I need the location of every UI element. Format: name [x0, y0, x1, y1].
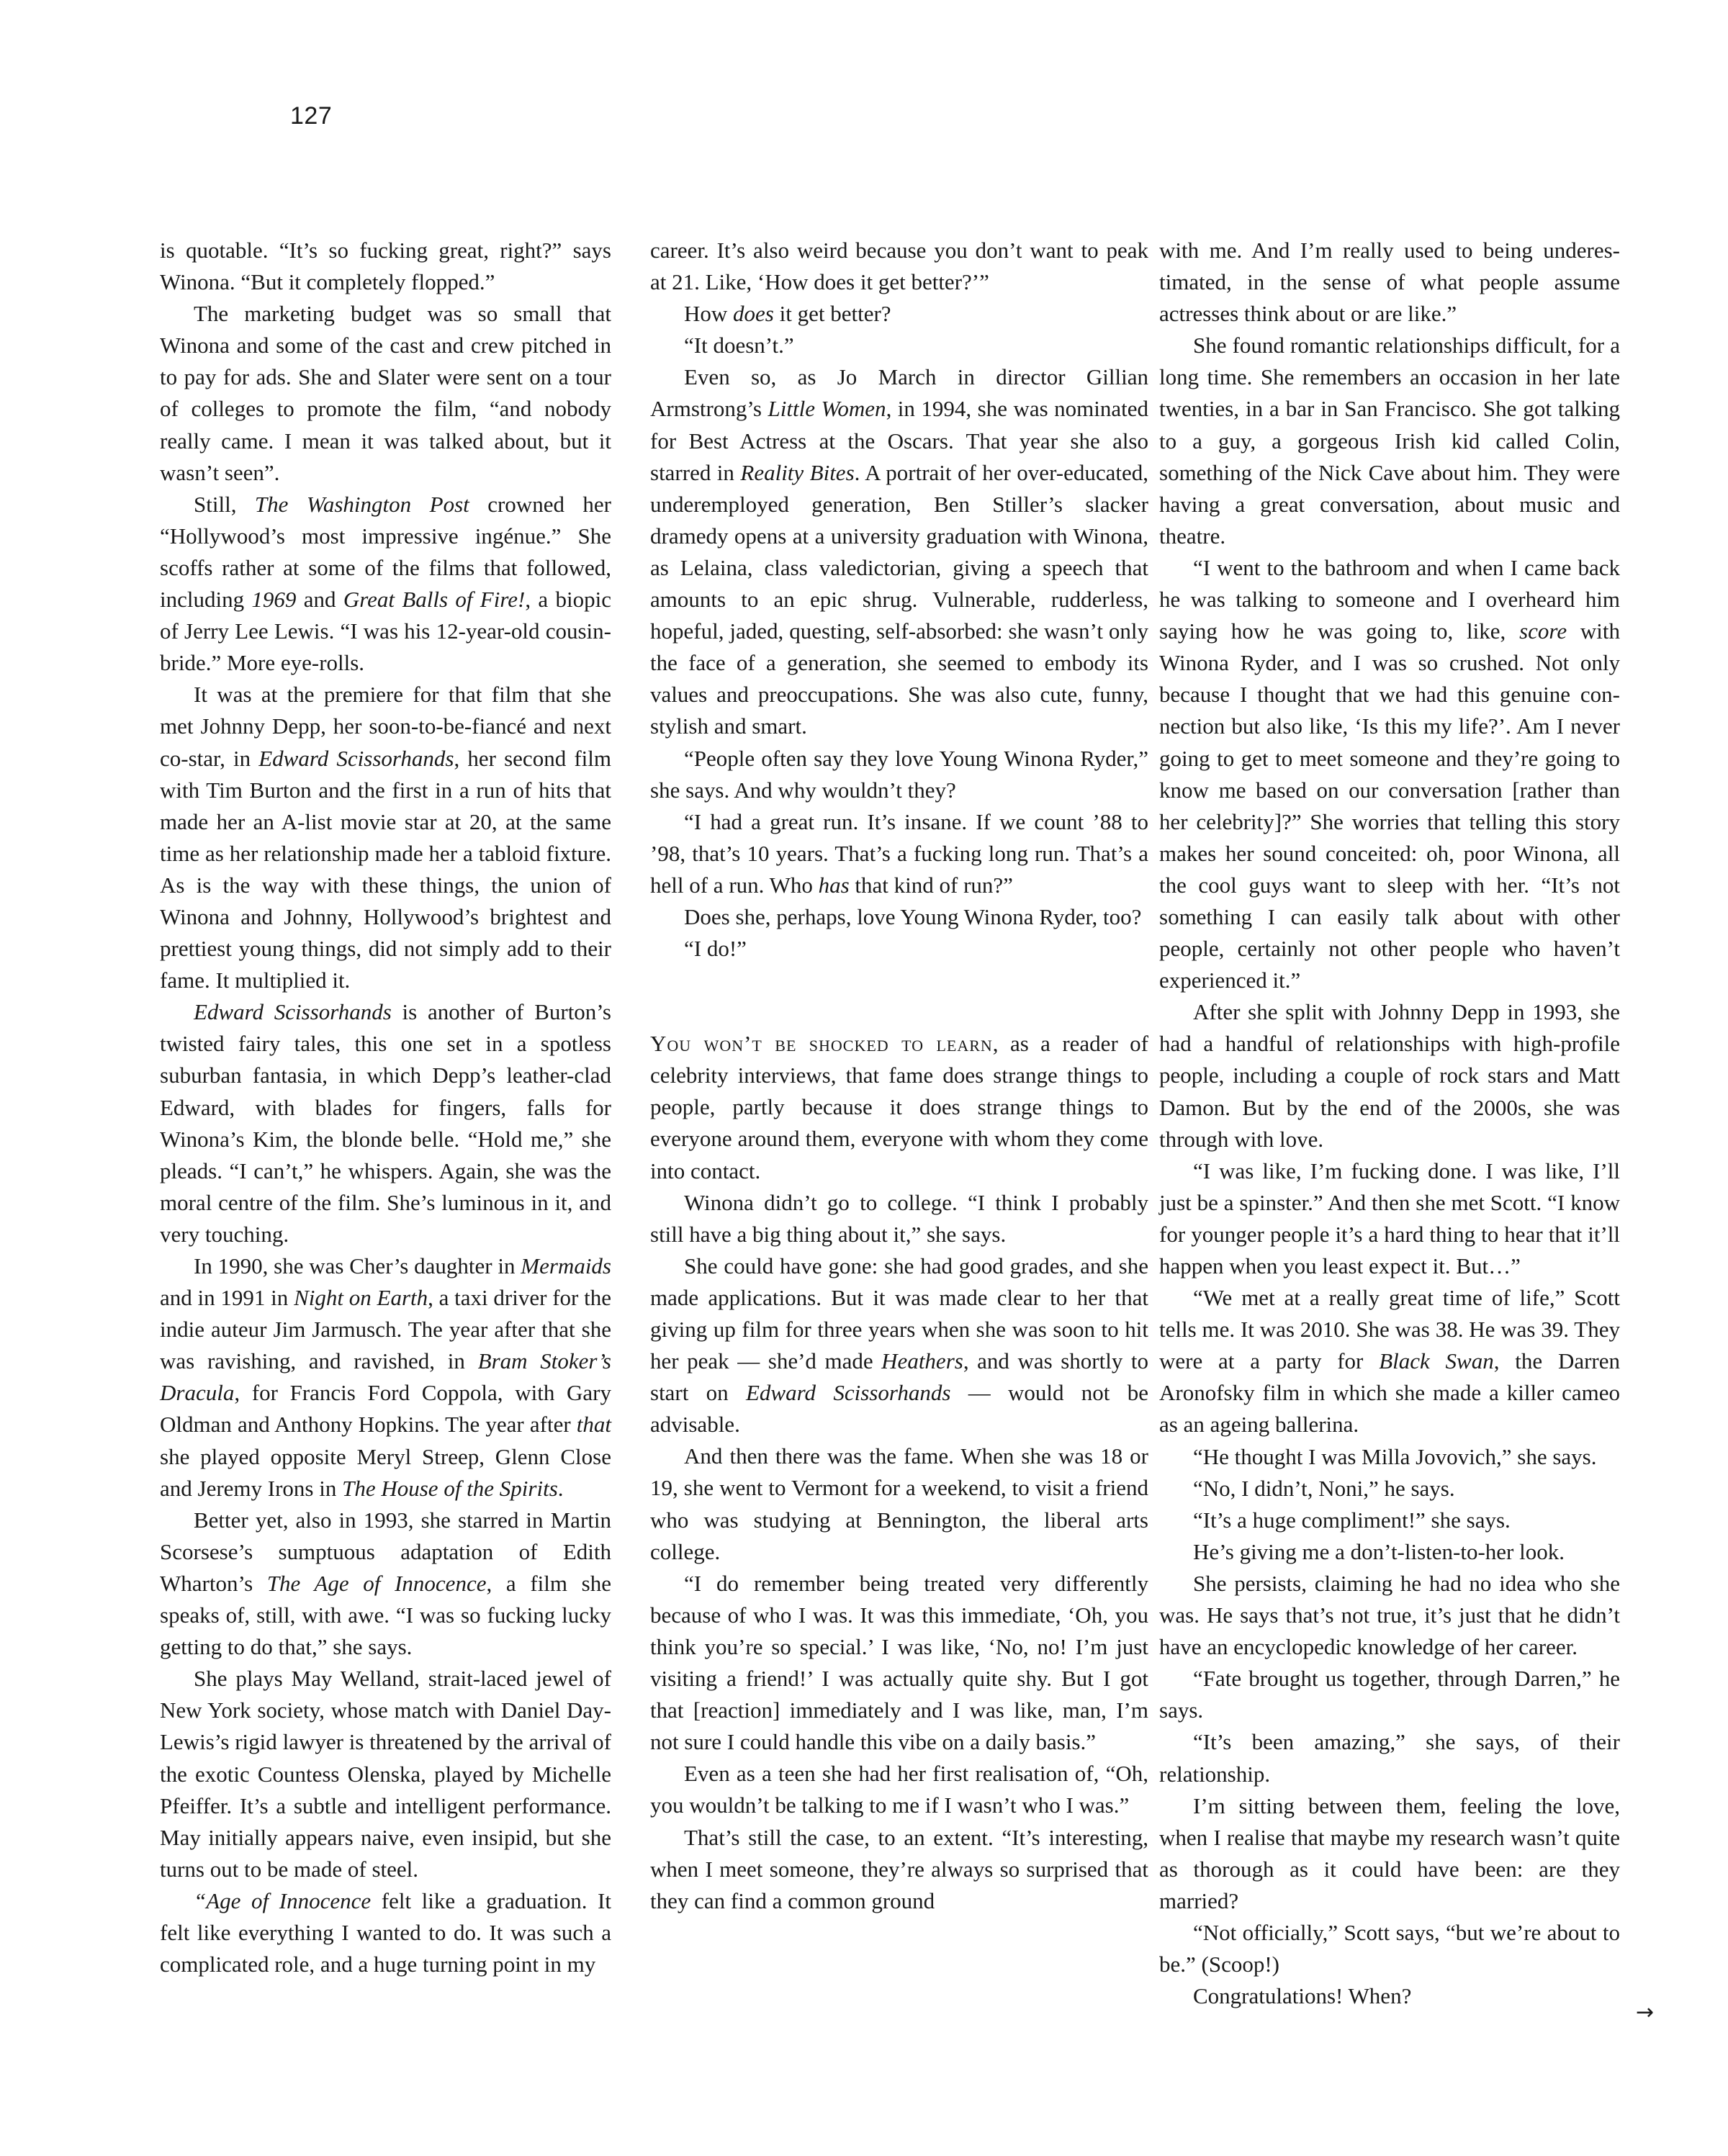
body-text: Winona didn’t go to college. “I think I …	[650, 1190, 1148, 1247]
paragraph: Still, The Washington Post crowned her “…	[160, 489, 611, 680]
italic-text: Black Swan	[1379, 1348, 1494, 1374]
paragraph: You won’t be shocked to learn, as a read…	[650, 1028, 1148, 1186]
italic-text: 1969	[251, 587, 296, 612]
italic-text: Heathers	[881, 1348, 963, 1374]
italic-text: score	[1519, 618, 1567, 644]
body-text: that kind of run?”	[850, 872, 1013, 898]
italic-text: Edward Scissorhands	[194, 999, 392, 1024]
body-text: “I do remember being treated very differ…	[650, 1571, 1148, 1754]
body-text: How	[684, 301, 733, 326]
paragraph: She persists, claiming he had no idea wh…	[1159, 1568, 1620, 1663]
paragraph: After she split with Johnny Depp in 1993…	[1159, 996, 1620, 1155]
paragraph: In 1990, she was Cher’s daughter in Merm…	[160, 1250, 611, 1505]
paragraph: “Fate brought us together, through Darre…	[1159, 1663, 1620, 1726]
paragraph: “It’s a huge compliment!” she says.	[1159, 1505, 1620, 1536]
body-text: She plays May Welland, strait-laced jewe…	[160, 1666, 611, 1882]
paragraph: “We met at a really great time of life,”…	[1159, 1282, 1620, 1440]
small-caps-lead-in: You won’t be shocked to learn	[650, 1031, 993, 1056]
body-text: “It’s been amazing,” she says, of their …	[1159, 1729, 1620, 1786]
italic-text: Great Balls of Fire!	[343, 587, 526, 612]
middle-section-b: You won’t be shocked to learn, as a read…	[650, 1028, 1148, 1917]
italic-text: Edward Scissorhands	[746, 1380, 950, 1405]
paragraph: It was at the premiere for that film tha…	[160, 679, 611, 996]
body-text: She persists, claiming he had no idea wh…	[1159, 1571, 1620, 1659]
body-text: That’s still the case, to an extent. “It…	[650, 1825, 1148, 1913]
body-text: In 1990, she was Cher’s daughter in	[194, 1253, 521, 1278]
paragraph: “It doesn’t.”	[650, 330, 1148, 361]
paragraph: I’m sitting between them, feeling the lo…	[1159, 1790, 1620, 1917]
italic-text: The Age of Innocence	[267, 1571, 487, 1596]
article-column-right: with me. And I’m really used to being un…	[1159, 235, 1620, 2012]
paragraph: career. It’s also weird because you don’…	[650, 235, 1148, 298]
paragraph: “It’s been amazing,” she says, of their …	[1159, 1726, 1620, 1790]
italic-text: Edward Scissorhands	[258, 746, 454, 771]
body-text: Still,	[194, 492, 255, 517]
body-text: is quotable. “It’s so fucking great, rig…	[160, 238, 611, 294]
italic-text: “Age of Innocence	[194, 1888, 371, 1913]
body-text: and	[296, 587, 343, 612]
paragraph: She could have gone: she had good grades…	[650, 1250, 1148, 1441]
italic-text: that	[577, 1412, 611, 1437]
body-text: “People often say they love Young Winona…	[650, 746, 1148, 803]
italic-text: Night on Earth	[294, 1285, 428, 1310]
paragraph: “No, I didn’t, Noni,” he says.	[1159, 1473, 1620, 1505]
body-text: , her second film with Tim Burton and th…	[160, 746, 611, 993]
body-text: “It doesn’t.”	[684, 333, 794, 358]
article-column-middle: career. It’s also weird because you don’…	[650, 235, 1148, 1917]
body-text: “No, I didn’t, Noni,” he says.	[1193, 1476, 1455, 1501]
body-text: “I do!”	[684, 936, 747, 961]
italic-text: Little Women	[768, 396, 886, 421]
body-text: “He thought I was Milla Jovovich,” she s…	[1193, 1444, 1596, 1469]
body-text: “It’s a huge compliment!” she says.	[1193, 1507, 1511, 1533]
body-text: with Winona Ryder, and I was so crushed.…	[1159, 618, 1620, 993]
italic-text: does	[733, 301, 774, 326]
paragraph: She found romantic relationships difficu…	[1159, 330, 1620, 552]
body-text: And then there was the fame. When she wa…	[650, 1443, 1148, 1564]
paragraph: “Not officially,” Scott says, “but we’re…	[1159, 1917, 1620, 1980]
paragraph: Winona didn’t go to college. “I think I …	[650, 1187, 1148, 1250]
paragraph: Even so, as Jo March in director Gillian…	[650, 361, 1148, 742]
paragraph: Edward Scissorhands is another of Burton…	[160, 996, 611, 1250]
section-break	[650, 965, 1148, 1028]
body-text: The marketing budget was so small that W…	[160, 301, 611, 484]
paragraph: “I had a great run. It’s insane. If we c…	[650, 806, 1148, 901]
paragraph: “I went to the bathroom and when I came …	[1159, 552, 1620, 996]
italic-text: Reality Bites	[740, 460, 854, 485]
paragraph: “He thought I was Milla Jovovich,” she s…	[1159, 1441, 1620, 1473]
continue-arrow-icon: →	[1636, 2000, 1654, 2025]
italic-text: The Washington Post	[255, 492, 469, 517]
paragraph: He’s giving me a don’t-listen-to-her loo…	[1159, 1536, 1620, 1568]
paragraph: “Age of Innocence felt like a graduation…	[160, 1885, 611, 1980]
paragraph: And then there was the fame. When she wa…	[650, 1440, 1148, 1567]
article-column-left: is quotable. “It’s so fucking great, rig…	[160, 235, 611, 1980]
paragraph: Better yet, also in 1993, she starred in…	[160, 1505, 611, 1663]
middle-section-a: career. It’s also weird because you don’…	[650, 235, 1148, 965]
paragraph: “I do!”	[650, 933, 1148, 965]
body-text: “Not officially,” Scott says, “but we’re…	[1159, 1920, 1620, 1977]
body-text: “I was like, I’m fucking done. I was lik…	[1159, 1158, 1620, 1278]
paragraph: Does she, perhaps, love Young Winona Ryd…	[650, 901, 1148, 933]
body-text: Congratulations! When?	[1193, 1983, 1411, 2008]
italic-text: Mermaids	[521, 1253, 611, 1278]
body-text: it get better?	[774, 301, 891, 326]
paragraph: with me. And I’m really used to being un…	[1159, 235, 1620, 330]
body-text: is another of Burton’s twisted fairy tal…	[160, 999, 611, 1247]
paragraph: Even as a teen she had her first realisa…	[650, 1758, 1148, 1821]
body-text: He’s giving me a don’t-listen-to-her loo…	[1193, 1539, 1565, 1564]
body-text: After she split with Johnny Depp in 1993…	[1159, 999, 1620, 1151]
body-text: Does she, perhaps, love Young Winona Ryd…	[684, 904, 1141, 929]
body-text: career. It’s also weird because you don’…	[650, 238, 1148, 294]
paragraph: “People often say they love Young Winona…	[650, 743, 1148, 806]
italic-text: The House of the Spirits	[342, 1476, 558, 1501]
page-number: 127	[290, 102, 332, 130]
italic-text: has	[819, 872, 850, 898]
body-text: “Fate brought us together, through Darre…	[1159, 1666, 1620, 1723]
body-text: I’m sitting between them, feeling the lo…	[1159, 1793, 1620, 1913]
paragraph: “I was like, I’m fucking done. I was lik…	[1159, 1155, 1620, 1282]
body-text: .	[558, 1476, 564, 1501]
body-text: . A portrait of her over-educated, under…	[650, 460, 1148, 739]
paragraph: That’s still the case, to an extent. “It…	[650, 1822, 1148, 1917]
body-text: and in 1991 in	[160, 1285, 294, 1310]
paragraph: is quotable. “It’s so fucking great, rig…	[160, 235, 611, 298]
body-text: She found romantic relationships difficu…	[1159, 333, 1620, 549]
body-text: Even as a teen she had her first realisa…	[650, 1761, 1148, 1818]
paragraph: The marketing budget was so small that W…	[160, 298, 611, 489]
paragraph: Congratulations! When?	[1159, 1980, 1620, 2012]
body-text: with me. And I’m really used to being un…	[1159, 238, 1620, 326]
paragraph: She plays May Welland, strait-laced jewe…	[160, 1663, 611, 1885]
paragraph: How does it get better?	[650, 298, 1148, 330]
paragraph: “I do remember being treated very differ…	[650, 1568, 1148, 1759]
